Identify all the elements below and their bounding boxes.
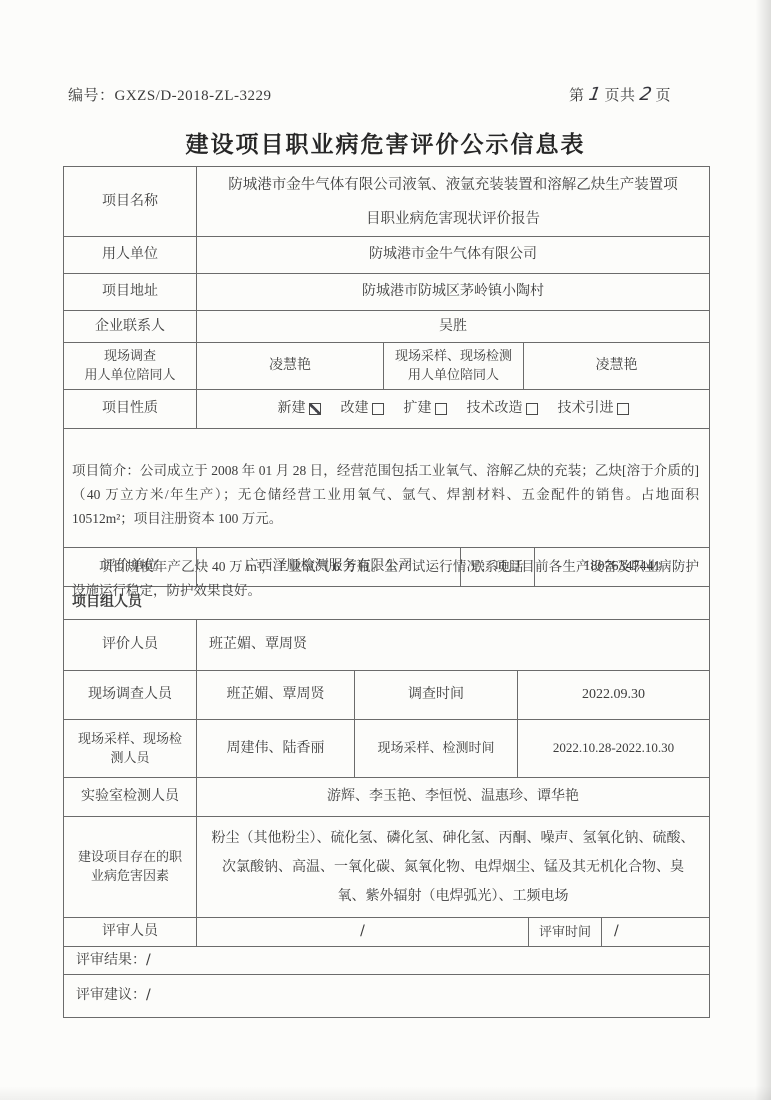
review-result-value: / bbox=[146, 950, 151, 972]
form-table: 项目名称 防城港市金牛气体有限公司液氧、液氩充装装置和溶解乙炔生产装置项 目职业… bbox=[63, 166, 710, 1018]
hazards-value: 粉尘（其他粉尘）、硫化氢、磷化氢、砷化氢、丙酮、噪声、氢氧化钠、硫酸、次氯酸钠、… bbox=[196, 817, 709, 917]
sampling-time-label: 现场采样、检测时间 bbox=[354, 720, 517, 777]
table-row-address: 项目地址 防城港市防城区茅岭镇小陶村 bbox=[64, 273, 709, 310]
project-nature-options: 新建 改建 扩建 技术改造 技术引进 bbox=[196, 390, 709, 428]
review-staff-label: 评审人员 bbox=[64, 918, 196, 946]
checkbox-icon bbox=[372, 403, 384, 415]
nature-option: 扩建 bbox=[404, 398, 447, 420]
review-time-label: 评审时间 bbox=[528, 918, 601, 946]
table-row-review-result: 评审结果：/ bbox=[64, 946, 709, 974]
sampling-escort-value: 凌慧艳 bbox=[523, 343, 709, 389]
phone-label: 联系电话 bbox=[460, 548, 534, 586]
review-result-label: 评审结果： bbox=[76, 950, 146, 972]
table-row-sampling-staff: 现场采样、现场检 测人员 周建伟、陆香丽 现场采样、检测时间 2022.10.2… bbox=[64, 719, 709, 777]
project-name-value: 防城港市金牛气体有限公司液氧、液氩充装装置和溶解乙炔生产装置项 目职业病危害现状… bbox=[196, 167, 709, 236]
team-section-header: 项目组人员 bbox=[64, 587, 709, 619]
review-result: 评审结果：/ bbox=[64, 947, 709, 974]
sampling-staff-value: 周建伟、陆香丽 bbox=[196, 720, 354, 777]
table-row-hazards: 建设项目存在的职 业病危害因素 粉尘（其他粉尘）、硫化氢、磷化氢、砷化氢、丙酮、… bbox=[64, 816, 709, 917]
checkbox-icon bbox=[309, 403, 321, 415]
page-indicator: 第1页共2页 bbox=[569, 84, 671, 105]
table-row-project-nature: 项目性质 新建 改建 扩建 技术改造 技术引进 bbox=[64, 389, 709, 428]
sampling-time-value: 2022.10.28-2022.10.30 bbox=[517, 720, 709, 777]
evaluator-value: 广西泽顺检测服务有限公司 bbox=[196, 548, 460, 586]
project-intro: 项目简介：公司成立于 2008 年 01 月 28 日，经营范围包括工业氧气、溶… bbox=[64, 429, 709, 547]
intro-paragraph-1: 项目简介：公司成立于 2008 年 01 月 28 日，经营范围包括工业氧气、溶… bbox=[72, 459, 699, 531]
page-total-handwritten: 2 bbox=[634, 84, 658, 105]
contact-value: 吴胜 bbox=[196, 311, 709, 342]
hazards-label: 建设项目存在的职 业病危害因素 bbox=[64, 817, 196, 917]
table-row-survey-staff: 现场调查人员 班芷媚、覃周贤 调查时间 2022.09.30 bbox=[64, 670, 709, 719]
lab-staff-label: 实验室检测人员 bbox=[64, 778, 196, 816]
project-nature-label: 项目性质 bbox=[64, 390, 196, 428]
page-prefix: 第 bbox=[569, 88, 585, 104]
nature-option-label: 技术改造 bbox=[467, 398, 523, 420]
nature-option: 技术引进 bbox=[558, 398, 629, 420]
nature-option-label: 扩建 bbox=[404, 398, 432, 420]
lab-staff-value: 游辉、李玉艳、李恒悦、温惠珍、谭华艳 bbox=[196, 778, 709, 816]
survey-staff-value: 班芷媚、覃周贤 bbox=[196, 671, 354, 719]
employer-label: 用人单位 bbox=[64, 237, 196, 273]
eval-staff-value: 班芷媚、覃周贤 bbox=[196, 620, 709, 670]
table-row-review-advice: 评审建议：/ bbox=[64, 974, 709, 1017]
scanned-document-page: 编号：GXZS/D-2018-ZL-3229 第1页共2页 建设项目职业病危害评… bbox=[0, 0, 771, 1100]
survey-staff-label: 现场调查人员 bbox=[64, 671, 196, 719]
table-row-eval-staff: 评价人员 班芷媚、覃周贤 bbox=[64, 619, 709, 670]
review-staff-value: / bbox=[196, 918, 528, 946]
nature-option-label: 技术引进 bbox=[558, 398, 614, 420]
page-suffix: 页 bbox=[655, 88, 671, 104]
review-time-value: / bbox=[601, 918, 709, 946]
nature-option-label: 改建 bbox=[341, 398, 369, 420]
survey-time-value: 2022.09.30 bbox=[517, 671, 709, 719]
sampling-escort-label: 现场采样、现场检测 用人单位陪同人 bbox=[383, 343, 523, 389]
nature-option: 技术改造 bbox=[467, 398, 538, 420]
page-number-handwritten: 1 bbox=[583, 84, 607, 105]
address-label: 项目地址 bbox=[64, 274, 196, 310]
contact-label: 企业联系人 bbox=[64, 311, 196, 342]
table-row-employer: 用人单位 防城港市金牛气体有限公司 bbox=[64, 236, 709, 273]
survey-escort-label: 现场调查 用人单位陪同人 bbox=[64, 343, 196, 389]
survey-escort-value: 凌慧艳 bbox=[196, 343, 383, 389]
eval-staff-label: 评价人员 bbox=[64, 620, 196, 670]
address-value: 防城港市防城区茅岭镇小陶村 bbox=[196, 274, 709, 310]
document-code: 编号：GXZS/D-2018-ZL-3229 bbox=[68, 84, 271, 105]
phone-value: 18076347441 bbox=[534, 548, 709, 586]
nature-option-label: 新建 bbox=[278, 398, 306, 420]
review-advice-value: / bbox=[146, 985, 151, 1007]
document-header: 编号：GXZS/D-2018-ZL-3229 第1页共2页 bbox=[68, 84, 671, 105]
checkbox-icon bbox=[526, 403, 538, 415]
sampling-staff-label: 现场采样、现场检 测人员 bbox=[64, 720, 196, 777]
employer-value: 防城港市金牛气体有限公司 bbox=[196, 237, 709, 273]
table-row-project-name: 项目名称 防城港市金牛气体有限公司液氧、液氩充装装置和溶解乙炔生产装置项 目职业… bbox=[64, 167, 709, 236]
table-row-contact: 企业联系人 吴胜 bbox=[64, 310, 709, 342]
checkbox-icon bbox=[617, 403, 629, 415]
table-row-intro: 项目简介：公司成立于 2008 年 01 月 28 日，经营范围包括工业氧气、溶… bbox=[64, 428, 709, 547]
table-row-team-header: 项目组人员 bbox=[64, 586, 709, 619]
review-advice-label: 评审建议： bbox=[76, 985, 146, 1007]
table-row-evaluator: 评价单位 广西泽顺检测服务有限公司 联系电话 18076347441 bbox=[64, 547, 709, 586]
page-middle: 页共 bbox=[605, 88, 636, 104]
survey-time-label: 调查时间 bbox=[354, 671, 517, 719]
document-title: 建设项目职业病危害评价公示信息表 bbox=[0, 126, 771, 159]
project-name-label: 项目名称 bbox=[64, 167, 196, 236]
evaluator-label: 评价单位 bbox=[64, 548, 196, 586]
nature-option: 新建 bbox=[278, 398, 321, 420]
table-row-lab-staff: 实验室检测人员 游辉、李玉艳、李恒悦、温惠珍、谭华艳 bbox=[64, 777, 709, 816]
checkbox-icon bbox=[435, 403, 447, 415]
table-row-escort: 现场调查 用人单位陪同人 凌慧艳 现场采样、现场检测 用人单位陪同人 凌慧艳 bbox=[64, 342, 709, 389]
nature-option: 改建 bbox=[341, 398, 384, 420]
review-advice: 评审建议：/ bbox=[64, 975, 709, 1017]
table-row-review-staff: 评审人员 / 评审时间 / bbox=[64, 917, 709, 946]
